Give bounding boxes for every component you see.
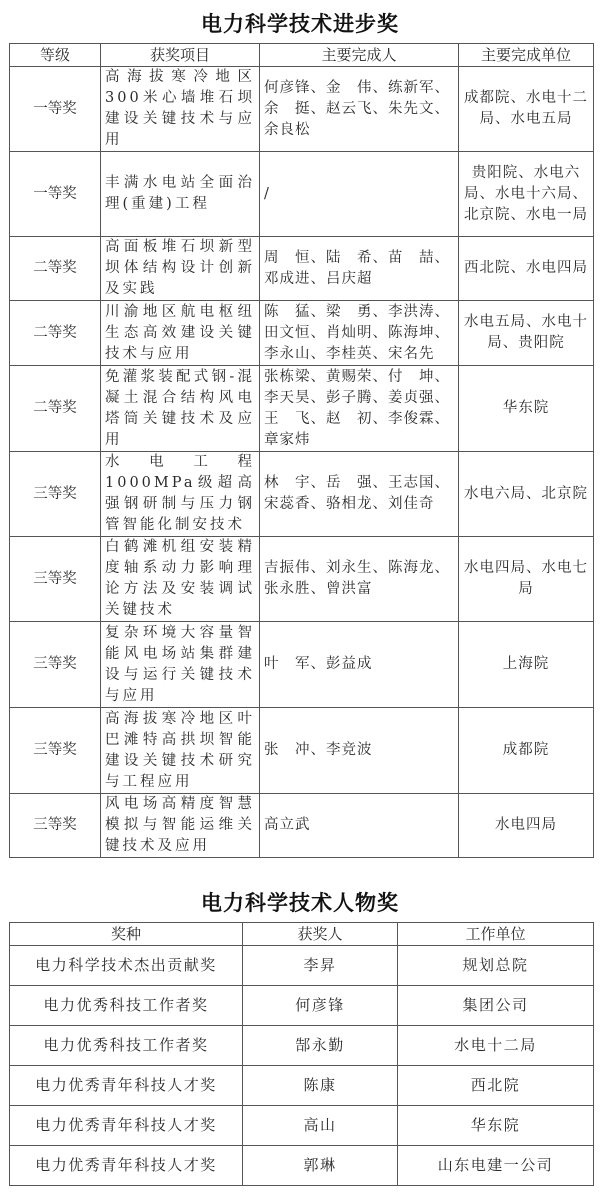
award-level: 三等奖: [10, 708, 101, 794]
header-project: 获奖项目: [101, 44, 260, 67]
main-units: 西北院、水电四局: [459, 237, 594, 301]
main-units: 水电六局、北京院: [459, 452, 594, 537]
main-units: 水电五局、水电十局、贵阳院: [459, 301, 594, 366]
table-row: 二等奖高面板堆石坝新型坝体结构设计创新及实践周 恒、陆 希、苗 喆、邓成进、吕庆…: [10, 237, 594, 301]
award-level: 三等奖: [10, 452, 101, 537]
project-name: 川渝地区航电枢纽生态高效建设关键技术与应用: [101, 301, 260, 366]
award-level: 三等奖: [10, 794, 101, 858]
work-unit: 规划总院: [398, 946, 594, 986]
award-level: 一等奖: [10, 152, 101, 237]
main-contributors: /: [260, 152, 459, 237]
table-row: 二等奖免灌浆装配式钢-混凝土混合结构风电塔筒关键技术及应用张栋梁、黄赐荣、付 坤…: [10, 366, 594, 452]
project-name: 白鹤滩机组安装精度轴系动力影响理论方法及安装调试关键技术: [101, 537, 260, 622]
award-type: 电力优秀科技工作者奖: [10, 986, 243, 1026]
main-contributors: 张 冲、李竞波: [260, 708, 459, 794]
main-contributors: 高立武: [260, 794, 459, 858]
project-name: 免灌浆装配式钢-混凝土混合结构风电塔筒关键技术及应用: [101, 366, 260, 452]
table-header-row: 等级 获奖项目 主要完成人 主要完成单位: [10, 44, 594, 67]
section-title-progress-award: 电力科学技术进步奖: [0, 8, 600, 38]
award-type: 电力优秀科技工作者奖: [10, 1026, 243, 1066]
main-contributors: 吉振伟、刘永生、陈海龙、张永胜、曾洪富: [260, 537, 459, 622]
project-name: 高面板堆石坝新型坝体结构设计创新及实践: [101, 237, 260, 301]
project-name: 复杂环境大容量智能风电场站集群建设与运行关键技术与应用: [101, 622, 260, 708]
main-units: 贵阳院、水电六局、水电十六局、北京院、水电一局: [459, 152, 594, 237]
table-row: 三等奖水电工程1000MPa级超高强钢研制与压力钢管智能化制安技术林 宇、岳 强…: [10, 452, 594, 537]
work-unit: 西北院: [398, 1066, 594, 1106]
table-row: 电力科学技术杰出贡献奖李昇规划总院: [10, 946, 594, 986]
main-units: 华东院: [459, 366, 594, 452]
winner-name: 陈康: [243, 1066, 398, 1106]
award-level: 一等奖: [10, 67, 101, 152]
main-contributors: 周 恒、陆 希、苗 喆、邓成进、吕庆超: [260, 237, 459, 301]
award-type: 电力优秀青年科技人才奖: [10, 1146, 243, 1186]
table-row: 三等奖风电场高精度智慧模拟与智能运维关键技术及应用高立武水电四局: [10, 794, 594, 858]
table-row: 电力优秀青年科技人才奖郭琳山东电建一公司: [10, 1146, 594, 1186]
award-type: 电力优秀青年科技人才奖: [10, 1106, 243, 1146]
main-contributors: 张栋梁、黄赐荣、付 坤、李天昊、彭子腾、姜贞强、王 飞、赵 初、李俊霖、章家炜: [260, 366, 459, 452]
progress-award-table: 等级 获奖项目 主要完成人 主要完成单位 一等奖高海拔寒冷地区300米心墙堆石坝…: [9, 43, 594, 858]
award-level: 三等奖: [10, 537, 101, 622]
main-units: 成都院: [459, 708, 594, 794]
main-units: 水电四局、水电七局: [459, 537, 594, 622]
award-type: 电力优秀青年科技人才奖: [10, 1066, 243, 1106]
winner-name: 郭琳: [243, 1146, 398, 1186]
winner-name: 何彦锋: [243, 986, 398, 1026]
table-row: 三等奖高海拔寒冷地区叶巴滩特高拱坝智能建设关键技术研究与工程应用张 冲、李竞波成…: [10, 708, 594, 794]
award-type: 电力科学技术杰出贡献奖: [10, 946, 243, 986]
main-contributors: 林 宇、岳 强、王志国、宋蕊香、骆相龙、刘佳奇: [260, 452, 459, 537]
header-winner: 获奖人: [243, 923, 398, 946]
award-level: 三等奖: [10, 622, 101, 708]
main-units: 水电四局: [459, 794, 594, 858]
project-name: 高海拔寒冷地区叶巴滩特高拱坝智能建设关键技术研究与工程应用: [101, 708, 260, 794]
section-title-person-award: 电力科学技术人物奖: [0, 887, 600, 917]
main-contributors: 何彦锋、金 伟、练新军、余 挺、赵云飞、朱先文、余良松: [260, 67, 459, 152]
person-award-table: 奖种 获奖人 工作单位 电力科学技术杰出贡献奖李昇规划总院电力优秀科技工作者奖何…: [9, 922, 594, 1186]
winner-name: 郜永勤: [243, 1026, 398, 1066]
award-level: 二等奖: [10, 366, 101, 452]
header-award-type: 奖种: [10, 923, 243, 946]
work-unit: 集团公司: [398, 986, 594, 1026]
table-row: 电力优秀科技工作者奖郜永勤水电十二局: [10, 1026, 594, 1066]
project-name: 水电工程1000MPa级超高强钢研制与压力钢管智能化制安技术: [101, 452, 260, 537]
header-level: 等级: [10, 44, 101, 67]
main-units: 上海院: [459, 622, 594, 708]
main-contributors: 叶 军、彭益成: [260, 622, 459, 708]
award-level: 二等奖: [10, 301, 101, 366]
winner-name: 李昇: [243, 946, 398, 986]
header-people: 主要完成人: [260, 44, 459, 67]
main-contributors: 陈 猛、梁 勇、李洪涛、田文恒、肖灿明、陈海坤、李永山、李桂英、宋名先: [260, 301, 459, 366]
table-row: 一等奖高海拔寒冷地区300米心墙堆石坝建设关键技术与应用何彦锋、金 伟、练新军、…: [10, 67, 594, 152]
table-row: 电力优秀青年科技人才奖高山华东院: [10, 1106, 594, 1146]
table-row: 一等奖丰满水电站全面治理(重建)工程/贵阳院、水电六局、水电十六局、北京院、水电…: [10, 152, 594, 237]
project-name: 丰满水电站全面治理(重建)工程: [101, 152, 260, 237]
project-name: 风电场高精度智慧模拟与智能运维关键技术及应用: [101, 794, 260, 858]
table-row: 三等奖白鹤滩机组安装精度轴系动力影响理论方法及安装调试关键技术吉振伟、刘永生、陈…: [10, 537, 594, 622]
main-units: 成都院、水电十二局、水电五局: [459, 67, 594, 152]
award-level: 二等奖: [10, 237, 101, 301]
header-units: 主要完成单位: [459, 44, 594, 67]
table-row: 二等奖川渝地区航电枢纽生态高效建设关键技术与应用陈 猛、梁 勇、李洪涛、田文恒、…: [10, 301, 594, 366]
work-unit: 水电十二局: [398, 1026, 594, 1066]
work-unit: 华东院: [398, 1106, 594, 1146]
project-name: 高海拔寒冷地区300米心墙堆石坝建设关键技术与应用: [101, 67, 260, 152]
table-header-row: 奖种 获奖人 工作单位: [10, 923, 594, 946]
header-work-unit: 工作单位: [398, 923, 594, 946]
table-row: 电力优秀科技工作者奖何彦锋集团公司: [10, 986, 594, 1026]
work-unit: 山东电建一公司: [398, 1146, 594, 1186]
winner-name: 高山: [243, 1106, 398, 1146]
table-row: 电力优秀青年科技人才奖陈康西北院: [10, 1066, 594, 1106]
table-row: 三等奖复杂环境大容量智能风电场站集群建设与运行关键技术与应用叶 军、彭益成上海院: [10, 622, 594, 708]
